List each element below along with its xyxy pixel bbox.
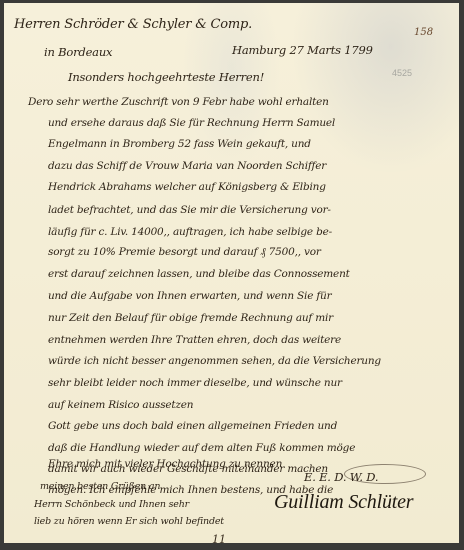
- pencil-archive-number: 4525: [392, 68, 412, 78]
- salutation: Insonders hochgeehrteste Herren!: [68, 70, 264, 84]
- body-line: läufig für c. Liv. 14000,, auftragen, ic…: [48, 226, 332, 238]
- body-line: sehr bleibt leider noch immer dieselbe, …: [48, 377, 342, 389]
- body-line: nur Zeit den Belauf für obige fremde Rec…: [48, 312, 333, 324]
- body-line: entnehmen werden Ihre Tratten ehren, doc…: [48, 334, 341, 346]
- body-line: Gott gebe uns doch bald einen allgemeine…: [48, 420, 337, 432]
- letter-page: Herren Schröder & Schyler & Comp. 158 in…: [4, 3, 459, 543]
- body-line: und ersehe daraus daß Sie für Rechnung H…: [48, 117, 335, 129]
- page-marker: 11: [212, 533, 226, 546]
- body-line: dazu das Schiff de Vrouw Maria van Noord…: [48, 160, 326, 172]
- body-line: auf keinem Risico aussetzen: [48, 399, 193, 411]
- postscript-line: lieb zu hören wenn Er sich wohl befindet: [34, 516, 224, 527]
- body-line: würde ich nicht besser angenommen sehen,…: [48, 355, 381, 367]
- body-line: Ehre mich mit vieler Hochachtung zu nenn…: [48, 458, 282, 470]
- place-date: Hamburg 27 Marts 1799: [232, 43, 373, 57]
- postscript-line: meinen besten Grüßen an: [40, 481, 160, 492]
- postscript-line: Herrn Schönbeck und Ihnen sehr: [34, 499, 189, 510]
- signature: Guilliam Schlüter: [274, 491, 413, 514]
- body-line: erst darauf zeichnen lassen, und bleibe …: [48, 268, 350, 280]
- signature-flourish: [344, 464, 426, 484]
- body-line: und die Aufgabe von Ihnen erwarten, und …: [48, 290, 331, 302]
- addressee-location: in Bordeaux: [44, 45, 112, 59]
- body-line: daß die Handlung wieder auf dem alten Fu…: [48, 442, 355, 454]
- folio-number: 158: [414, 27, 433, 38]
- body-line: Dero sehr werthe Zuschrift von 9 Febr ha…: [28, 96, 329, 108]
- addressee: Herren Schröder & Schyler & Comp.: [14, 17, 252, 32]
- body-line: ladet befrachtet, und das Sie mir die Ve…: [48, 204, 331, 216]
- body-line: sorgt zu 10% Premie besorgt und darauf ₰…: [48, 246, 321, 258]
- body-line: Engelmann in Bromberg 52 fass Wein gekau…: [48, 138, 311, 150]
- body-line: Hendrick Abrahams welcher auf Königsberg…: [48, 181, 326, 193]
